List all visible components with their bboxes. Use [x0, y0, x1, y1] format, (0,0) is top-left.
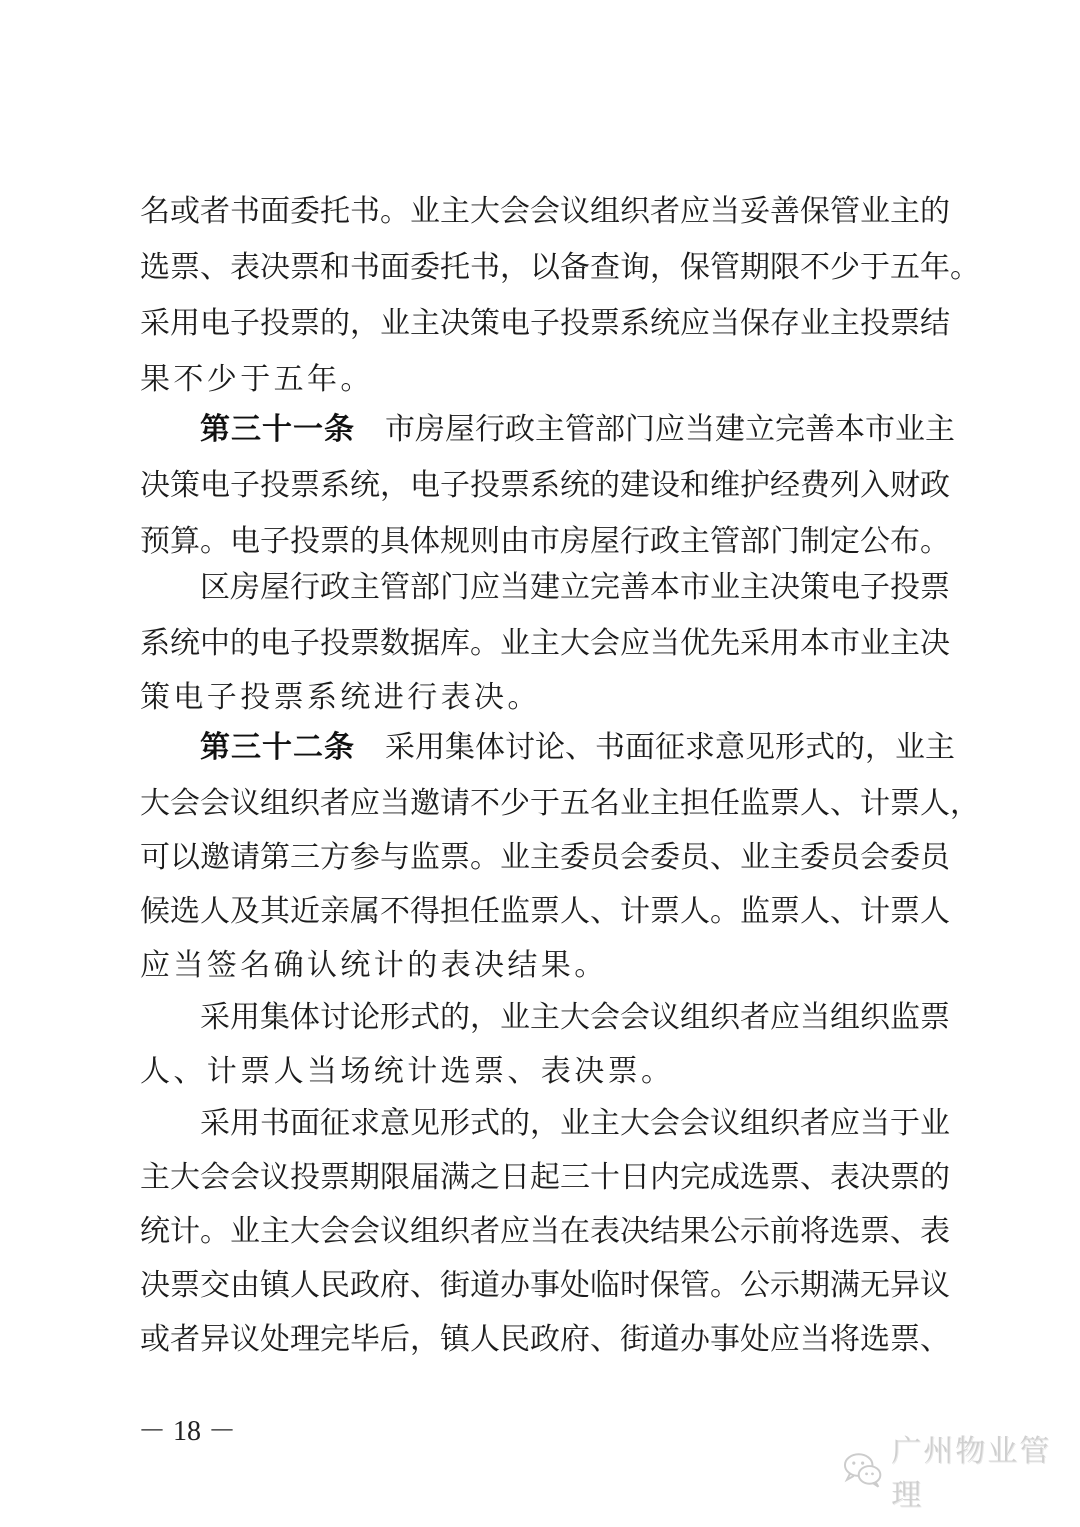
text-span: 采用集体讨论、书面征求意见形式的，业主: [385, 730, 955, 765]
article-title: 第三十二条: [200, 730, 355, 765]
text-line: 决策电子投票系统，电子投票系统的建设和维护经费列入财政: [140, 458, 940, 514]
text-line: 果不少于五年。: [140, 352, 940, 408]
text-line: 选票、表决票和书面委托书，以备查询，保管期限不少于五年。: [140, 240, 940, 296]
text-line: 策电子投票系统进行表决。: [140, 670, 940, 726]
text-line: 采用集体讨论形式的，业主大会会议组织者应当组织监票: [200, 990, 940, 1046]
text-line: 名或者书面委托书。业主大会会议组织者应当妥善保管业主的: [140, 184, 940, 240]
article-title: 第三十一条: [200, 412, 355, 447]
text-line: 可以邀请第三方参与监票。业主委员会委员、业主委员会委员: [140, 830, 940, 886]
text-line: 采用书面征求意见形式的，业主大会会议组织者应当于业: [200, 1096, 940, 1152]
watermark: 广州物业管理: [842, 1448, 1080, 1492]
document-page: 名或者书面委托书。业主大会会议组织者应当妥善保管业主的 选票、表决票和书面委托书…: [0, 0, 1080, 1527]
text-span: 市房屋行政主管部门应当建立完善本市业主: [385, 412, 955, 447]
text-line: 决票交由镇人民政府、街道办事处临时保管。公示期满无异议: [140, 1258, 940, 1314]
text-line: 候选人及其近亲属不得担任监票人、计票人。监票人、计票人: [140, 884, 940, 940]
text-line: 大会会议组织者应当邀请不少于五名业主担任监票人、计票人，: [140, 776, 940, 832]
text-line: 主大会会议投票期限届满之日起三十日内完成选票、表决票的: [140, 1150, 940, 1206]
page-number: － 18 －: [138, 1412, 236, 1452]
text-line: 统计。业主大会会议组织者应当在表决结果公示前将选票、表: [140, 1204, 940, 1260]
text-line: 人、计票人当场统计选票、表决票。: [140, 1044, 940, 1100]
wechat-icon: [842, 1450, 885, 1490]
article-32-first-line: 第三十二条采用集体讨论、书面征求意见形式的，业主: [200, 720, 940, 776]
text-line: 区房屋行政主管部门应当建立完善本市业主决策电子投票: [200, 560, 940, 616]
watermark-text: 广州物业管理: [891, 1426, 1080, 1514]
text-line: 或者异议处理完毕后，镇人民政府、街道办事处应当将选票、: [140, 1312, 940, 1368]
text-line: 系统中的电子投票数据库。业主大会应当优先采用本市业主决: [140, 616, 940, 672]
text-line: 采用电子投票的，业主决策电子投票系统应当保存业主投票结: [140, 296, 940, 352]
text-line: 应当签名确认统计的表决结果。: [140, 938, 940, 994]
article-31-first-line: 第三十一条市房屋行政主管部门应当建立完善本市业主: [200, 402, 940, 458]
